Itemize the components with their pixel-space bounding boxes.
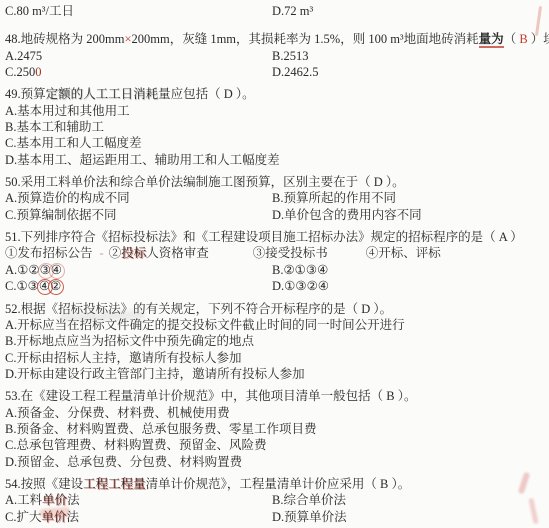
right-column: D.2462.5 bbox=[272, 64, 319, 80]
text-run: ② bbox=[109, 246, 122, 260]
q52-option-c: C.开标由招标人主持，邀请所有投标人参加 bbox=[0, 350, 549, 366]
right-column: D.72 m³ bbox=[272, 3, 313, 19]
text-run: 51.下列排序符合《招标投标法》和《工程建设项目施工招标办法》规定的招标程序的是… bbox=[5, 230, 523, 244]
text-run: B.②①③④ bbox=[272, 263, 328, 277]
text-run: ④ bbox=[51, 262, 62, 278]
text-run: 法 bbox=[66, 510, 79, 524]
left-column: A.①②③④ bbox=[5, 262, 62, 278]
text-run: A.基本用过和其他用工 bbox=[5, 104, 130, 118]
spacer bbox=[328, 256, 366, 257]
text-run: A.工料 bbox=[5, 493, 42, 507]
q51-items: ①发布招标公告-②投标人资格审查③接受投标书④开标、评标 bbox=[0, 245, 549, 261]
q52-option-a: A.开标应当在招标文件确定的提交投标文件截止时间的同一时间公开进行 bbox=[0, 317, 549, 333]
text-run: 49.预算 bbox=[5, 87, 46, 101]
q49-option-a: A.基本用过和其他用工 bbox=[0, 103, 549, 119]
text-run: 52.根据《招标投标法》的有关规定，下列不符合开标程序的是（ D ）。 bbox=[5, 302, 392, 316]
text-run: D.预算单价法 bbox=[272, 510, 347, 524]
text-run: A.①② bbox=[5, 263, 40, 277]
text-run: A.预备金、分保费、材料费、机械使用费 bbox=[5, 406, 230, 420]
q53-option-c: C.总承包管理费、材料购置费、预留金、风险费 bbox=[0, 437, 549, 453]
right-column: B.预算所起的作用不同 bbox=[272, 190, 396, 206]
q49-option-c: C.基本用工和人工幅度差 bbox=[0, 135, 549, 151]
text-run: 工程工程量 bbox=[83, 477, 146, 491]
right-column: B.综合单价法 bbox=[272, 492, 346, 508]
q52-option-b: B.开标地点应当为招标文件中预先确定的地点 bbox=[0, 333, 549, 349]
text-run: 单价 bbox=[41, 510, 66, 524]
text-run: 法 bbox=[67, 493, 80, 507]
q48-options-cd: C.2500D.2462.5 bbox=[0, 64, 549, 80]
left-column: C.2500 bbox=[5, 64, 41, 80]
text-run: 清单计价规范》，工程量清单计价应采用（ B ）。 bbox=[146, 477, 411, 491]
q53-option-a: A.预备金、分保费、材料费、机械使用费 bbox=[0, 405, 549, 421]
text-run: C.250 bbox=[5, 65, 35, 79]
text-run: B.基本工和辅助工 bbox=[5, 120, 104, 134]
text-run: C.基本用工和人工幅度差 bbox=[5, 136, 141, 150]
q53-option-d: D.预留金、总承包费、分包费、材料购置费 bbox=[0, 454, 549, 470]
q54-title: 54.按照《建设工程工程量清单计价规范》，工程量清单计价应采用（ B ）。 bbox=[0, 476, 549, 492]
q52-title: 52.根据《招标投标法》的有关规定，下列不符合开标程序的是（ D ）。 bbox=[0, 301, 549, 317]
right-column: B.2513 bbox=[272, 48, 308, 64]
left-column: A.预算造价的构成不同 bbox=[5, 190, 130, 206]
text-run: D.2462.5 bbox=[272, 65, 319, 79]
right-column: D.①③②④ bbox=[272, 278, 329, 294]
left-column: C.预算编制依据不同 bbox=[5, 207, 116, 223]
q49-title: 49.预算定额的人工工日消耗量应包括（ D ）。 bbox=[0, 86, 549, 102]
q53-option-b: B.预备金、材料购置费、总承包服务费、零星工作项目费 bbox=[0, 421, 549, 437]
text-run: 人资格审查 bbox=[146, 246, 209, 260]
right-column: D.单价包含的费用内容不同 bbox=[272, 207, 422, 223]
text-run: × bbox=[124, 32, 131, 46]
right-column: B.②①③④ bbox=[272, 262, 328, 278]
q54-options-ab: A.工料单价法B.综合单价法 bbox=[0, 492, 549, 508]
text-run: D.开标由建设行政主管部门主持，邀请所有投标人参加 bbox=[5, 367, 305, 381]
text-run: 50.采用工料单价法和综合单价法编制施工图预算，区别主要在于（ D ）。 bbox=[5, 175, 405, 189]
text-run: A.预算造价的构成不同 bbox=[5, 191, 130, 205]
text-run: C.总承包管理费、材料购置费、预留金、风险费 bbox=[5, 438, 266, 452]
text-run: - bbox=[100, 246, 104, 260]
q49-option-d: D.基本用工、超运距用工、辅助用工和人工幅度差 bbox=[0, 152, 549, 168]
text-run: D.72 m³ bbox=[272, 4, 313, 18]
text-run: （ bbox=[504, 32, 520, 46]
text-run: 投标 bbox=[121, 246, 146, 260]
q51-options-cd: C.①③④②D.①③②④ bbox=[0, 278, 549, 294]
left-column: C.80 m³/工日 bbox=[5, 3, 74, 19]
q48-title: 48.地砖规格为 200mm×200mm，灰缝 1mm，其损耗率为 1.5%，则… bbox=[0, 31, 549, 47]
text-run: C.开标由招标人主持，邀请所有投标人参加 bbox=[5, 351, 241, 365]
text-run: C.80 m³/工日 bbox=[5, 4, 74, 18]
q50-options-cd: C.预算编制依据不同D.单价包含的费用内容不同 bbox=[0, 207, 549, 223]
text-run: 48.地砖规格为 200mm bbox=[5, 32, 124, 46]
text-run: 200mm，灰缝 1mm，其损耗率为 1.5%，则 100 m³地面地砖消耗 bbox=[132, 32, 479, 46]
text-run: 0 bbox=[35, 65, 41, 79]
text-run: 定额的人工工日消耗 bbox=[46, 87, 159, 101]
text-run: ①发布招标公告 bbox=[5, 246, 93, 260]
q54-options-cd: C.扩大单价法D.预算单价法 bbox=[0, 509, 549, 525]
q47-options-cd: C.80 m³/工日D.72 m³ bbox=[0, 3, 549, 19]
document-text: C.80 m³/工日D.72 m³48.地砖规格为 200mm×200mm，灰缝… bbox=[0, 3, 549, 525]
text-run: 53.在《建设工程工程量清单计价规范》中，其他项目清单一般包括（ B ）。 bbox=[5, 389, 416, 403]
text-run: D.预留金、总承包费、分包费、材料购置费 bbox=[5, 455, 242, 469]
text-run: ③接受投标书 bbox=[253, 246, 328, 260]
text-run: 量应包括（ D ）。 bbox=[158, 87, 255, 101]
q50-title: 50.采用工料单价法和综合单价法编制施工图预算，区别主要在于（ D ）。 bbox=[0, 174, 549, 190]
text-run: 量为 bbox=[479, 32, 504, 48]
exam-document-page: C.80 m³/工日D.72 m³48.地砖规格为 200mm×200mm，灰缝… bbox=[0, 0, 549, 528]
text-run: B.2513 bbox=[272, 49, 308, 63]
left-column: C.①③④② bbox=[5, 278, 61, 294]
text-run: B.预备金、材料购置费、总承包服务费、零星工作项目费 bbox=[5, 422, 316, 436]
spacer bbox=[209, 256, 253, 257]
right-column: D.预算单价法 bbox=[272, 509, 347, 525]
text-run: 54.按照《建设 bbox=[5, 477, 83, 491]
text-run: D.①③②④ bbox=[272, 279, 329, 293]
q52-option-d: D.开标由建设行政主管部门主持，邀请所有投标人参加 bbox=[0, 366, 549, 382]
text-run: C.①③ bbox=[5, 279, 39, 293]
q53-title: 53.在《建设工程工程量清单计价规范》中，其他项目清单一般包括（ B ）。 bbox=[0, 388, 549, 404]
text-run: B bbox=[519, 32, 527, 46]
text-run: ）块。 bbox=[528, 32, 549, 46]
q50-options-ab: A.预算造价的构成不同B.预算所起的作用不同 bbox=[0, 190, 549, 206]
left-column: A.工料单价法 bbox=[5, 492, 80, 508]
text-run: D.单价包含的费用内容不同 bbox=[272, 208, 422, 222]
q51-title: 51.下列排序符合《招标投标法》和《工程建设项目施工招标办法》规定的招标程序的是… bbox=[0, 229, 549, 245]
text-run: D.基本用工、超运距用工、辅助用工和人工幅度差 bbox=[5, 153, 280, 167]
text-run: C.扩大 bbox=[5, 510, 41, 524]
q49-option-b: B.基本工和辅助工 bbox=[0, 119, 549, 135]
text-run: C.预算编制依据不同 bbox=[5, 208, 116, 222]
text-run: A.2475 bbox=[5, 49, 42, 63]
q48-options-ab: A.2475B.2513 bbox=[0, 48, 549, 64]
text-run: ② bbox=[50, 278, 61, 294]
spacer bbox=[93, 256, 100, 257]
text-run: B.预算所起的作用不同 bbox=[272, 191, 396, 205]
q51-options-ab: A.①②③④B.②①③④ bbox=[0, 262, 549, 278]
left-column: A.2475 bbox=[5, 48, 42, 64]
left-column: C.扩大单价法 bbox=[5, 509, 79, 525]
text-run: B.开标地点应当为招标文件中预先确定的地点 bbox=[5, 334, 254, 348]
text-run: 单价 bbox=[42, 493, 67, 507]
text-run: B.综合单价法 bbox=[272, 493, 346, 507]
text-run: ④开标、评标 bbox=[366, 246, 441, 260]
text-run: A.开标应当在招标文件确定的提交投标文件截止时间的同一时间公开进行 bbox=[5, 318, 405, 332]
